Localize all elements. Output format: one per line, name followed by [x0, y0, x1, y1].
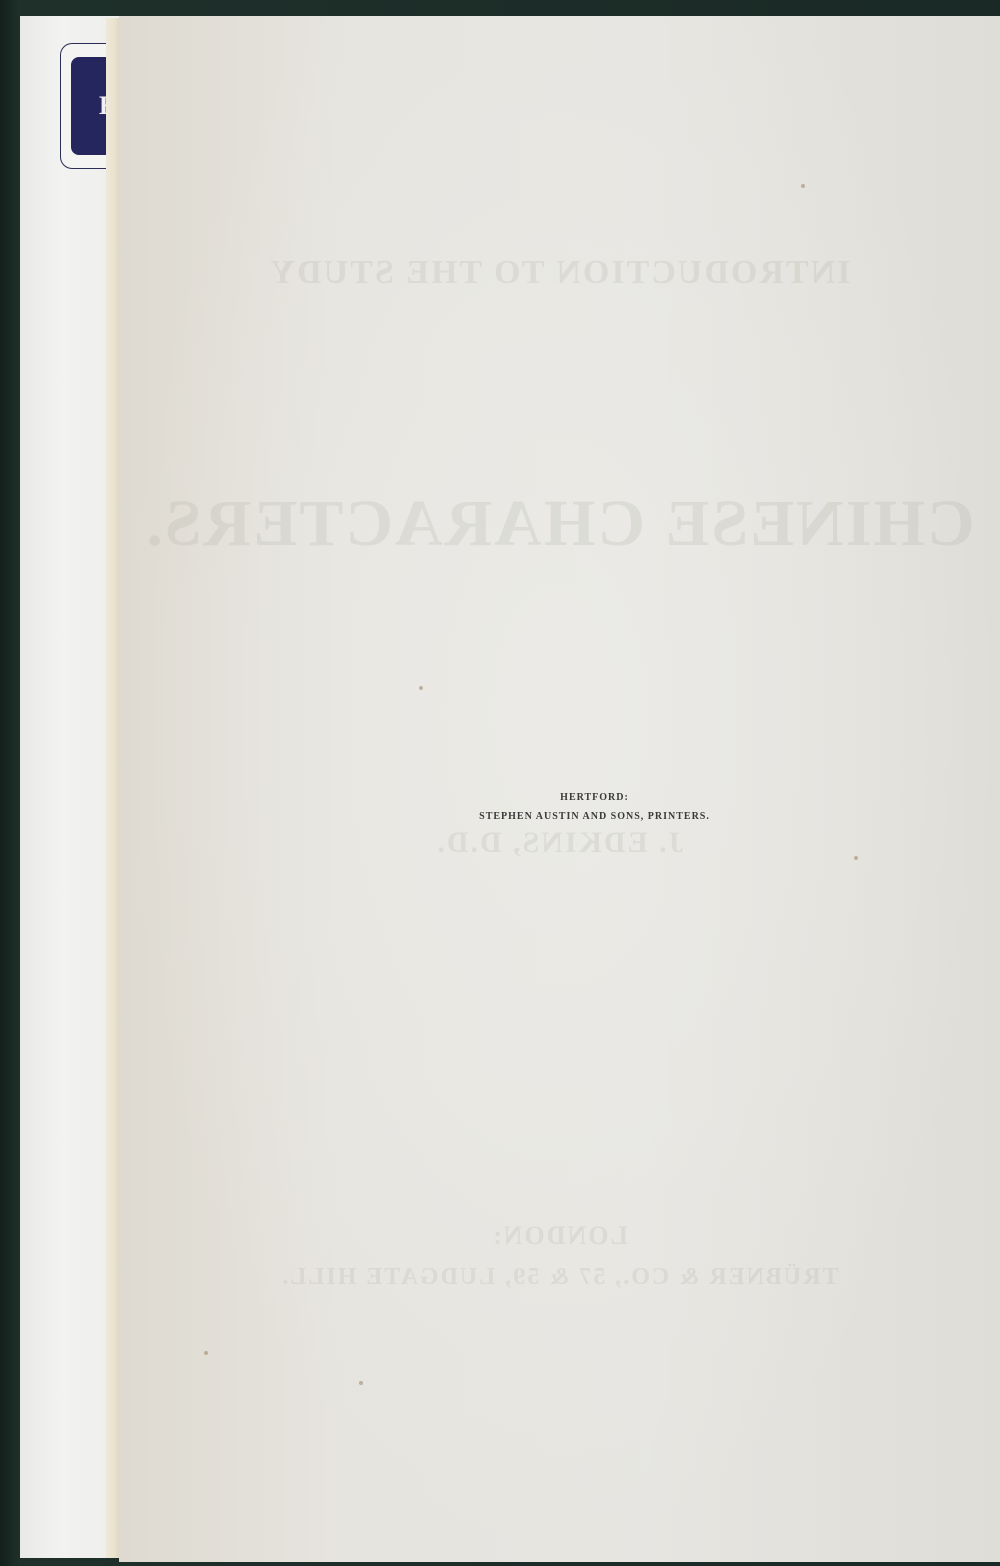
foxing-spot [204, 1351, 208, 1355]
show-through-title: CHINESE CHARACTERS. [119, 486, 1000, 562]
book-page: INTRODUCTION TO THE STUDY CHINESE CHARAC… [119, 16, 1000, 1562]
show-through-author: J. EDKINS, D.D. [119, 826, 1000, 860]
foxing-spot [854, 856, 858, 860]
show-through-publisher: TRÜBNER & CO., 57 & 59, LUDGATE HILL. [119, 1264, 1000, 1291]
foxing-spot [419, 686, 423, 690]
endpaper [20, 16, 120, 1558]
show-through-line: INTRODUCTION TO THE STUDY [119, 254, 1000, 292]
foxing-spot [359, 1381, 363, 1385]
foxing-spot [801, 184, 805, 188]
page-edge [106, 18, 120, 1558]
imprint-printer: STEPHEN AUSTIN AND SONS, PRINTERS. [154, 811, 1000, 822]
show-through-place: LONDON: [119, 1221, 1000, 1251]
imprint-place: HERTFORD: [154, 792, 1000, 803]
